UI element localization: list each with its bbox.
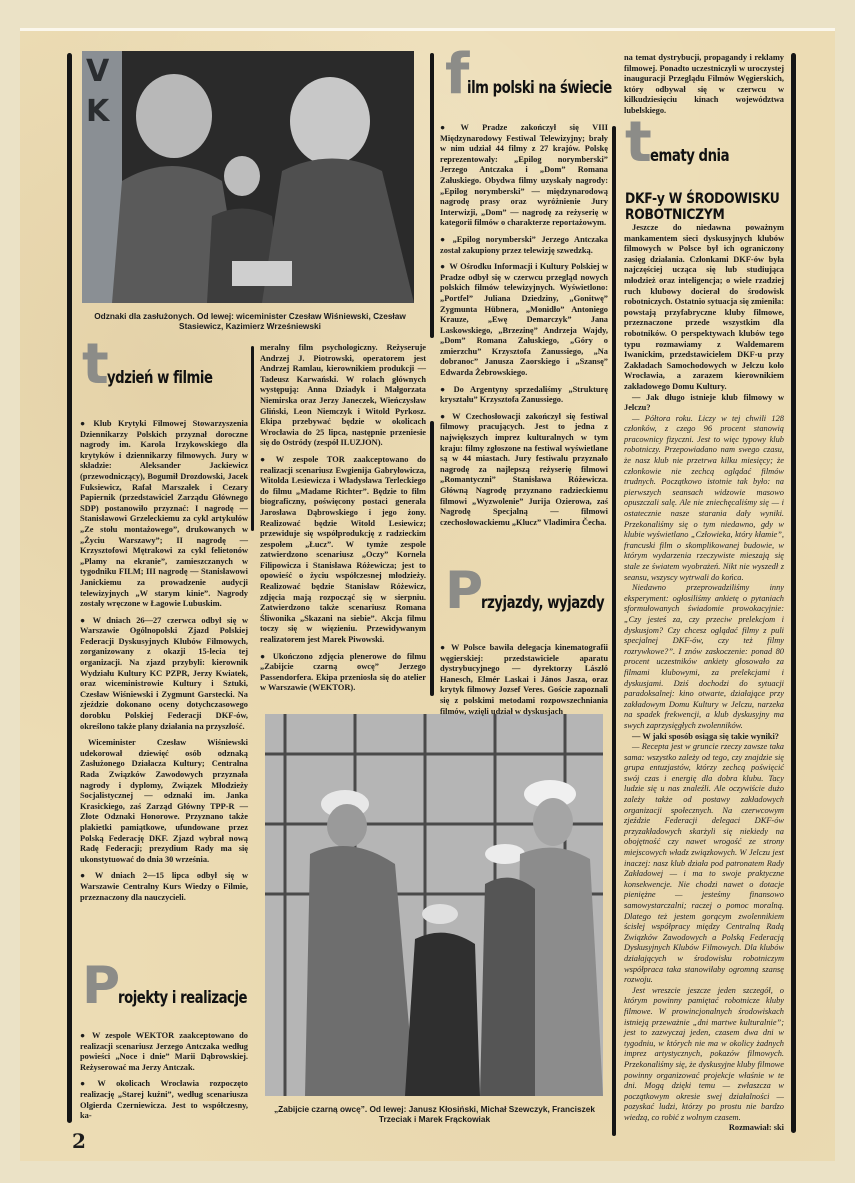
section-heading-tematy-dnia: t ematy dnia: [625, 121, 751, 166]
column-rule-center-2: [430, 421, 434, 696]
przyjazdy-paragraph-1-continued: na temat dystrybucji, propagandy i rekla…: [624, 53, 784, 117]
column-rule-right-edge: [791, 53, 796, 1133]
projekty-paragraph-2-start: W okolicach Wrocławia rozpoczęto realiza…: [80, 1079, 248, 1121]
photo-workers-scaffolding-icon: [265, 714, 603, 1096]
section-initial-letter: t: [82, 343, 109, 388]
column-rule-left: [67, 53, 72, 1123]
top-photo-caption: Odznaki dla zasłużonych. Od lewej: wicem…: [90, 311, 410, 331]
film-polski-column: W Pradze zakończył się VIII Międzynarodo…: [440, 123, 608, 534]
tydzien-paragraph-4: W dniach 2—15 lipca odbył się w Warszawi…: [80, 871, 248, 903]
section-initial-letter: P: [445, 571, 483, 613]
section-heading-projekty-i-realizacje: P rojekty i realizacje: [82, 966, 284, 1008]
section-heading-text: ematy dnia: [650, 146, 729, 166]
column-rule-right-1: [612, 126, 616, 1136]
svg-text:K: K: [86, 94, 111, 129]
tematy-lead: Jeszcze do niedawna poważnym mankamentem…: [624, 223, 784, 393]
projekty-paragraph-4: Ukończono zdjęcia plenerowe do filmu „Za…: [260, 652, 426, 694]
projekty-column-continued: meralny film psychologiczny. Reżyseruje …: [260, 343, 426, 700]
przyjazdy-column: W Polsce bawiła delegacja kinematografii…: [440, 643, 608, 723]
tematy-answer-1b: Niedawno przeprowadziliśmy inny eksperym…: [624, 583, 784, 731]
svg-text:V: V: [86, 54, 110, 89]
bottom-photo-caption: „Zabijcie czarną owcę”. Od lewej: Janusz…: [272, 1104, 597, 1124]
film-polski-paragraph-1: W Pradze zakończył się VIII Międzynarodo…: [440, 123, 608, 229]
projekty-paragraph-2-continued: meralny film psychologiczny. Reżyseruje …: [260, 343, 426, 449]
article-signature: Rozmawiał: ski: [624, 1123, 784, 1134]
section-initial-letter: f: [445, 53, 469, 98]
section-heading-text: rzyjazdy, wyjazdy: [481, 593, 604, 613]
film-polski-paragraph-3: W Ośrodku Informacji i Kultury Polskiej …: [440, 262, 608, 379]
top-photo-award-ceremony: V K: [82, 51, 414, 303]
section-heading-text: ydzień w filmie: [107, 368, 213, 388]
section-heading-przyjazdy-wyjazdy: P rzyjazdy, wyjazdy: [445, 571, 639, 613]
column-rule-center: [430, 53, 434, 338]
tydzien-column: Klub Krytyki Filmowej Stowarzyszenia Dzi…: [80, 419, 248, 909]
section-heading-text: rojekty i realizacje: [118, 988, 247, 1008]
przyjazdy-paragraph-1-start: W Polsce bawiła delegacja kinematografii…: [440, 643, 608, 717]
magazine-page: V K Odznaki dla zasłużonych. Od lewej: w…: [20, 28, 835, 1161]
section-heading-text: ilm polski na świecie: [467, 78, 612, 98]
tematy-answer-2: — Recepta jest w gruncie rzeczy zawsze t…: [624, 742, 784, 986]
tematy-answer-1: — Półtora roku. Liczy w tej chwili 128 c…: [624, 414, 784, 584]
tematy-answer-2b: Jest wreszcie jeszcze jeden szczegół, o …: [624, 986, 784, 1124]
tydzien-paragraph-3: Wiceminister Czesław Wiśniewski udekorow…: [80, 738, 248, 865]
film-polski-paragraph-4: Do Argentyny sprzedaliśmy „Strukturę kry…: [440, 385, 608, 406]
section-heading-film-polski-na-swiecie: f ilm polski na świecie: [445, 53, 653, 98]
tydzien-paragraph-1: Klub Krytyki Filmowej Stowarzyszenia Dzi…: [80, 419, 248, 610]
tematy-question-1: — Jak długo istnieje klub filmowy w Jelc…: [624, 393, 784, 414]
projekty-paragraph-3: W zespole TOR zaakceptowano do realizacj…: [260, 455, 426, 646]
projekty-column-start: W zespole WEKTOR zaakceptowano do realiz…: [80, 1031, 248, 1128]
section-initial-letter: t: [625, 121, 652, 166]
film-polski-paragraph-2: „Epilog norymberski” Jerzego Antczaka zo…: [440, 235, 608, 256]
photo-men-shaking-hands-icon: V K: [82, 51, 414, 303]
film-polski-paragraph-5: W Czechosłowacji zakończył się festiwal …: [440, 412, 608, 529]
projekty-paragraph-1: W zespole WEKTOR zaakceptowano do realiz…: [80, 1031, 248, 1073]
bottom-photo-film-crew: [265, 714, 603, 1096]
page-number: 2: [72, 1129, 86, 1153]
tematy-question-2: — W jaki sposób osiąga się takie wyniki?: [624, 732, 784, 743]
article-title: DKF-y W ŚRODOWISKU ROBOTNICZYM: [625, 191, 782, 223]
tematy-column: Jeszcze do niedawna poważnym mankamentem…: [624, 223, 784, 1140]
column-rule-mid-left: [251, 346, 254, 531]
section-initial-letter: P: [82, 966, 120, 1008]
section-heading-tydzien-w-filmie: t ydzień w filmie: [82, 343, 242, 388]
tydzien-paragraph-2: W dniach 26—27 czerwca odbył się w Warsz…: [80, 616, 248, 733]
